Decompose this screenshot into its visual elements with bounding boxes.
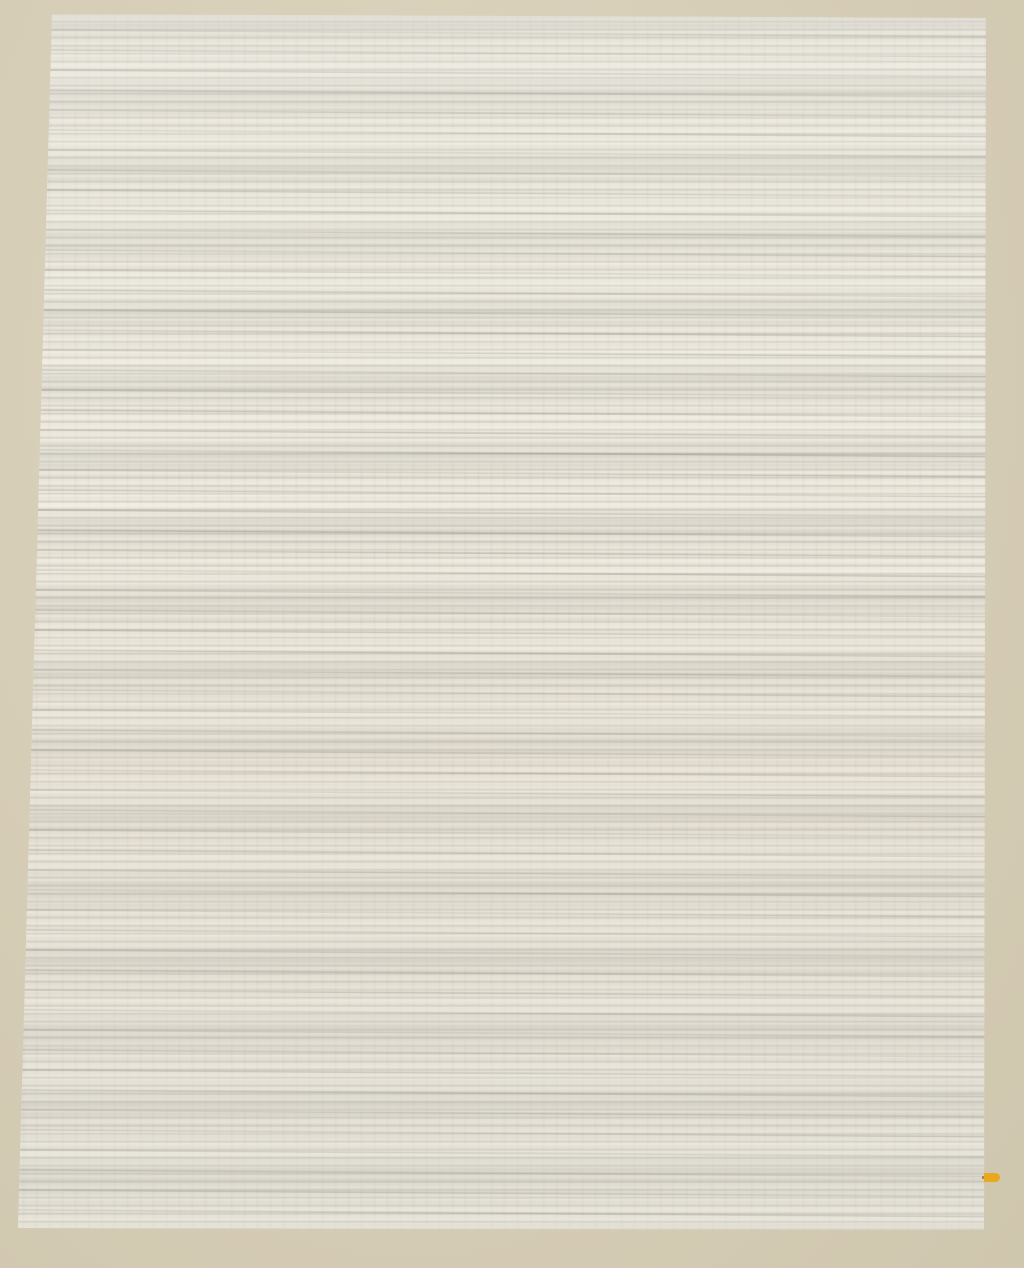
rug-label-tag [984, 1173, 1000, 1182]
photo-scene [0, 0, 1024, 1268]
rug-lighting-overlay [0, 0, 1024, 1268]
